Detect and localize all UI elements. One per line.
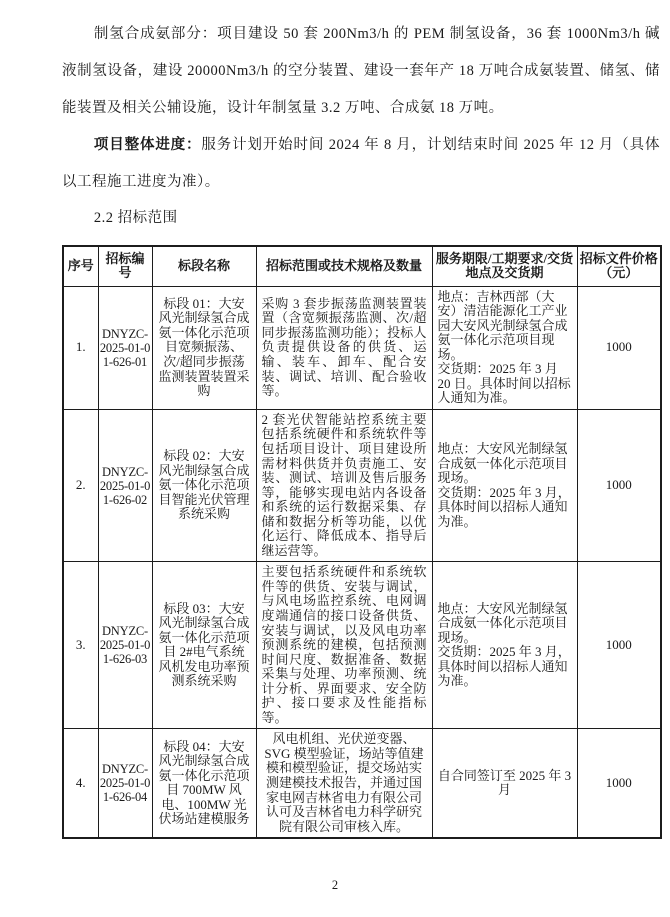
section-name-cell: 标段 02：大安风光制绿氢合成氨一体化示范项目智能光伏管理系统采购 bbox=[152, 409, 256, 561]
scope-cell: 2 套光伏智能站控系统主要包括系统硬件和系统软件等包括项目设计、项目建设所需材料… bbox=[256, 409, 432, 561]
page-number: 2 bbox=[0, 878, 670, 893]
delivery-cell: 地点：大安风光制绿氢合成氨一体化示范项目现场。 交货期：2025 年 3 月，具… bbox=[432, 409, 577, 561]
serial-cell: 4. bbox=[63, 729, 98, 838]
paragraph-overall-progress: 项目整体进度：服务计划开始时间 2024 年 8 月，计划结束时间 2025 年… bbox=[62, 127, 660, 201]
table-row: 1. DNYZC-2025-01-01-626-01 标段 01：大安风光制绿氢… bbox=[63, 286, 661, 409]
price-cell: 1000 bbox=[577, 409, 661, 561]
scope-cell: 风电机组、光伏逆变器、SVG 模型验证，场站等值建模和模型验证，提交场站实测建模… bbox=[256, 729, 432, 838]
bid-number-cell: DNYZC-2025-01-01-626-01 bbox=[98, 286, 152, 409]
price-cell: 1000 bbox=[577, 729, 661, 838]
serial-cell: 2. bbox=[63, 409, 98, 561]
serial-cell: 3. bbox=[63, 562, 98, 729]
header-serial: 序号 bbox=[63, 246, 98, 286]
header-delivery: 服务期限/工期要求/交货地点及交货期 bbox=[432, 246, 577, 286]
section-name-cell: 标段 01：大安风光制绿氢合成氨一体化示范项目宽频振荡、次/超同步振荡监测装置装… bbox=[152, 286, 256, 409]
bid-sections-table: 序号 招标编号 标段名称 招标范围或技术规格及数量 服务期限/工期要求/交货地点… bbox=[62, 245, 662, 839]
document-page: 制氢合成氨部分：项目建设 50 套 200Nm3/h 的 PEM 制氢设备，36… bbox=[0, 0, 670, 917]
delivery-cell: 地点：大安风光制绿氢合成氨一体化示范项目现场。 交货期：2025 年 3 月，具… bbox=[432, 562, 577, 729]
paragraph-hydrogen-ammonia: 制氢合成氨部分：项目建设 50 套 200Nm3/h 的 PEM 制氢设备，36… bbox=[62, 16, 660, 127]
section-name-cell: 标段 04：大安风光制绿氢合成氨一体化示范项目 700MW 风电、100MW 光… bbox=[152, 729, 256, 838]
price-cell: 1000 bbox=[577, 286, 661, 409]
bid-number-cell: DNYZC-2025-01-01-626-02 bbox=[98, 409, 152, 561]
delivery-cell: 自合同签订至 2025 年 3 月 bbox=[432, 729, 577, 838]
table-row: 4. DNYZC-2025-01-01-626-04 标段 04：大安风光制绿氢… bbox=[63, 729, 661, 838]
scope-cell: 采购 3 套步振荡监测装置装置（含宽频振荡监测、次/超同步振荡监测功能）；投标人… bbox=[256, 286, 432, 409]
header-section-name: 标段名称 bbox=[152, 246, 256, 286]
table-row: 2. DNYZC-2025-01-01-626-02 标段 02：大安风光制绿氢… bbox=[63, 409, 661, 561]
header-bid-number: 招标编号 bbox=[98, 246, 152, 286]
scope-cell: 主要包括系统硬件和系统软件等的供货、安装与调试，与风电场监控系统、电网调度端通信… bbox=[256, 562, 432, 729]
header-doc-price: 招标文件价格（元） bbox=[577, 246, 661, 286]
paragraph-lead-bold: 项目整体进度： bbox=[94, 137, 202, 153]
table-row: 3. DNYZC-2025-01-01-626-03 标段 03：大安风光制绿氢… bbox=[63, 562, 661, 729]
header-scope: 招标范围或技术规格及数量 bbox=[256, 246, 432, 286]
table-header-row: 序号 招标编号 标段名称 招标范围或技术规格及数量 服务期限/工期要求/交货地点… bbox=[63, 246, 661, 286]
section-name-cell: 标段 03：大安风光制绿氢合成氨一体化示范项目 2#电气系统风机发电功率预测系统… bbox=[152, 562, 256, 729]
bid-number-cell: DNYZC-2025-01-01-626-03 bbox=[98, 562, 152, 729]
bid-number-cell: DNYZC-2025-01-01-626-04 bbox=[98, 729, 152, 838]
delivery-cell: 地点：吉林西部（大安）清洁能源化工产业园大安风光制绿氢合成氨一体化示范项目现场。… bbox=[432, 286, 577, 409]
price-cell: 1000 bbox=[577, 562, 661, 729]
paragraph-text: 制氢合成氨部分：项目建设 50 套 200Nm3/h 的 PEM 制氢设备，36… bbox=[62, 26, 660, 116]
section-heading: 2.2 招标范围 bbox=[62, 201, 660, 235]
serial-cell: 1. bbox=[63, 286, 98, 409]
